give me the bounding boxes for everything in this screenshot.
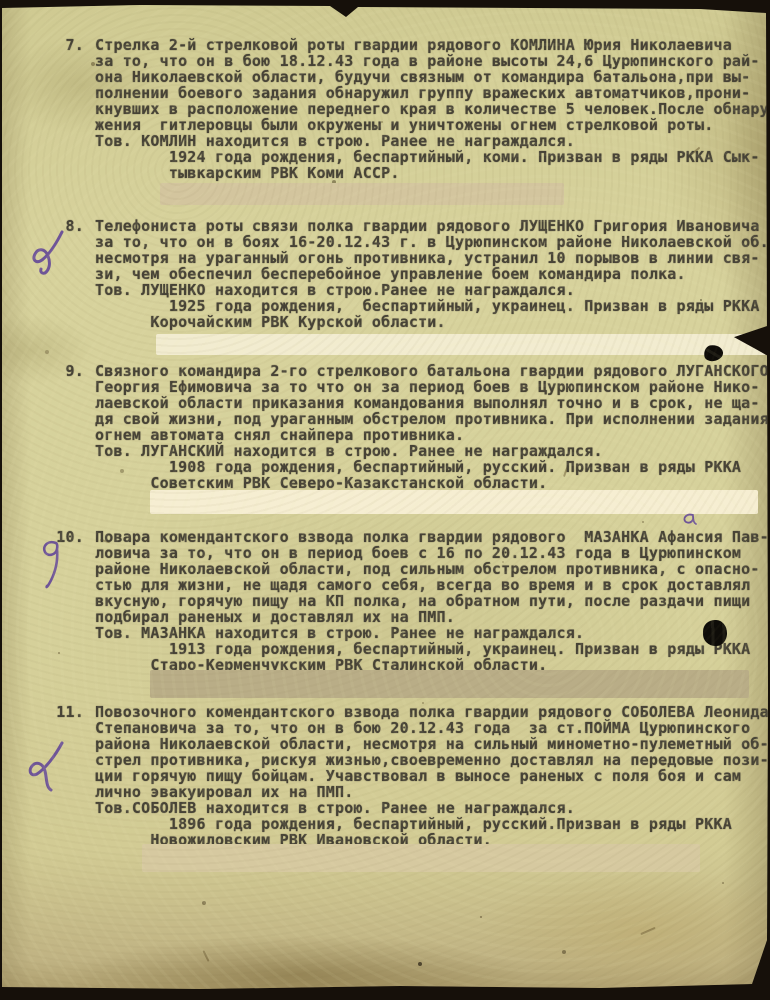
handwritten-check-mark bbox=[40, 540, 64, 590]
text-line: Связного командира 2-го стрелкового бата… bbox=[95, 363, 770, 379]
text-line: лаевской области приказания командования… bbox=[95, 395, 770, 411]
text-line: подбирал раненых и доставлял их на ПМП. bbox=[95, 609, 770, 625]
redaction-bar bbox=[142, 844, 700, 872]
paragraph: 9. Связного командира 2-го стрелкового б… bbox=[0, 363, 770, 491]
paper-specks bbox=[0, 0, 2, 2]
text-line: Тов.СОБОЛЕВ находится в строю. Ранее не … bbox=[95, 800, 770, 816]
text-line: района Николаевской области, несмотря на… bbox=[95, 736, 770, 752]
paragraph-number: 7. bbox=[0, 37, 84, 53]
handwritten-letter-a bbox=[680, 512, 698, 526]
text-line: Тов. КОМЛИН находится в строю. Ранее не … bbox=[95, 133, 770, 149]
redaction-bar bbox=[156, 334, 766, 355]
text-line: 1913 года рождения, беспартийный, украин… bbox=[95, 641, 770, 657]
text-line: стью для жизни, не щадя самого себя, все… bbox=[95, 577, 770, 593]
paragraph: 11. Повозочного комендантского взвода по… bbox=[0, 704, 770, 848]
text-line: жения гитлеровцы были окружены и уничтож… bbox=[95, 117, 770, 133]
text-line: 1924 года рождения, беспартийный, коми. … bbox=[95, 149, 770, 165]
text-line: полнении боевого задания обнаружил групп… bbox=[95, 85, 770, 101]
text-line: вкусную, горячую пищу на КП полка, на об… bbox=[95, 593, 770, 609]
text-line: ции горячую пищу бойцам. Учавствовал в в… bbox=[95, 768, 770, 784]
text-line: несмотря на ураганный огонь противника, … bbox=[95, 250, 770, 266]
text-line: огнем автомата снял снайпера противника. bbox=[95, 427, 770, 443]
text-line: ловича за то, что он в период боев с 16 … bbox=[95, 545, 770, 561]
paragraph: 8. Телефониста роты связи полка гвардии … bbox=[0, 218, 770, 330]
paragraph-number: 9. bbox=[0, 363, 84, 379]
text-line: Корочайским РВК Курской области. bbox=[95, 314, 770, 330]
redaction-bar bbox=[150, 670, 749, 698]
text-line: тывкарским РВК Коми АССР. bbox=[95, 165, 770, 181]
text-line: Тов. МАЗАНКА находится в строю. Ранее не… bbox=[95, 625, 770, 641]
text-line: 1925 года рождения, беспартийный, украин… bbox=[95, 298, 770, 314]
handwritten-check-mark bbox=[26, 740, 66, 792]
redaction-bar bbox=[150, 490, 758, 514]
text-line: Георгия Ефимовича за то что он за период… bbox=[95, 379, 770, 395]
text-line: Стрелка 2-й стрелковой роты гвардии рядо… bbox=[95, 37, 770, 53]
paper-fiber bbox=[640, 927, 655, 935]
text-line: 1908 года рождения, беспартийный, русски… bbox=[95, 459, 770, 475]
paragraph: 7. Стрелка 2-й стрелковой роты гвардии р… bbox=[0, 37, 770, 181]
text-line: за то, что он в бою 18.12.43 года в райо… bbox=[95, 53, 770, 69]
paper-sheet: 7. Стрелка 2-й стрелковой роты гвардии р… bbox=[0, 0, 770, 1000]
text-line: кнувших в расположение переднего края в … bbox=[95, 101, 770, 117]
paragraph-number: 11. bbox=[0, 704, 84, 720]
ink-blot bbox=[703, 620, 727, 646]
text-line: районе Николаевской области, под сильным… bbox=[95, 561, 770, 577]
scanned-document-page: 7. Стрелка 2-й стрелковой роты гвардии р… bbox=[0, 0, 770, 1000]
text-line: стрел противника, рискуя жизнью,своеврем… bbox=[95, 752, 770, 768]
redaction-bar bbox=[160, 183, 564, 205]
text-line: дя свой жизни, под ураганным обстрелом п… bbox=[95, 411, 770, 427]
text-line: Повозочного комендантского взвода полка … bbox=[95, 704, 770, 720]
handwritten-check-mark bbox=[28, 230, 66, 276]
text-line: она Николаевской области, будучи связным… bbox=[95, 69, 770, 85]
text-line: за то, что он в боях 16-20.12.43 г. в Цу… bbox=[95, 234, 770, 250]
text-line: Советским РВК Северо-Казакстанской облас… bbox=[95, 475, 770, 491]
text-line: 1896 года рождения, беспартийный, русски… bbox=[95, 816, 770, 832]
text-line: зи, чем обеспечил бесперебойное управлен… bbox=[95, 266, 770, 282]
text-line: Степановича за то, что он в бою 20.12.43… bbox=[95, 720, 770, 736]
text-line: Телефониста роты связи полка гвардии ряд… bbox=[95, 218, 770, 234]
text-line: лично эвакуировал их на ПМП. bbox=[95, 784, 770, 800]
text-line: Повара комендантского взвода полка гвард… bbox=[95, 529, 770, 545]
text-line: Тов. ЛУГАНСКИЙ находится в строю. Ранее … bbox=[95, 443, 770, 459]
paragraph: 10. Повара комендантского взвода полка г… bbox=[0, 529, 770, 673]
text-line: Тов. ЛУЩЕНКО находится в строю.Ранее не … bbox=[95, 282, 770, 298]
paper-fiber bbox=[202, 950, 209, 962]
